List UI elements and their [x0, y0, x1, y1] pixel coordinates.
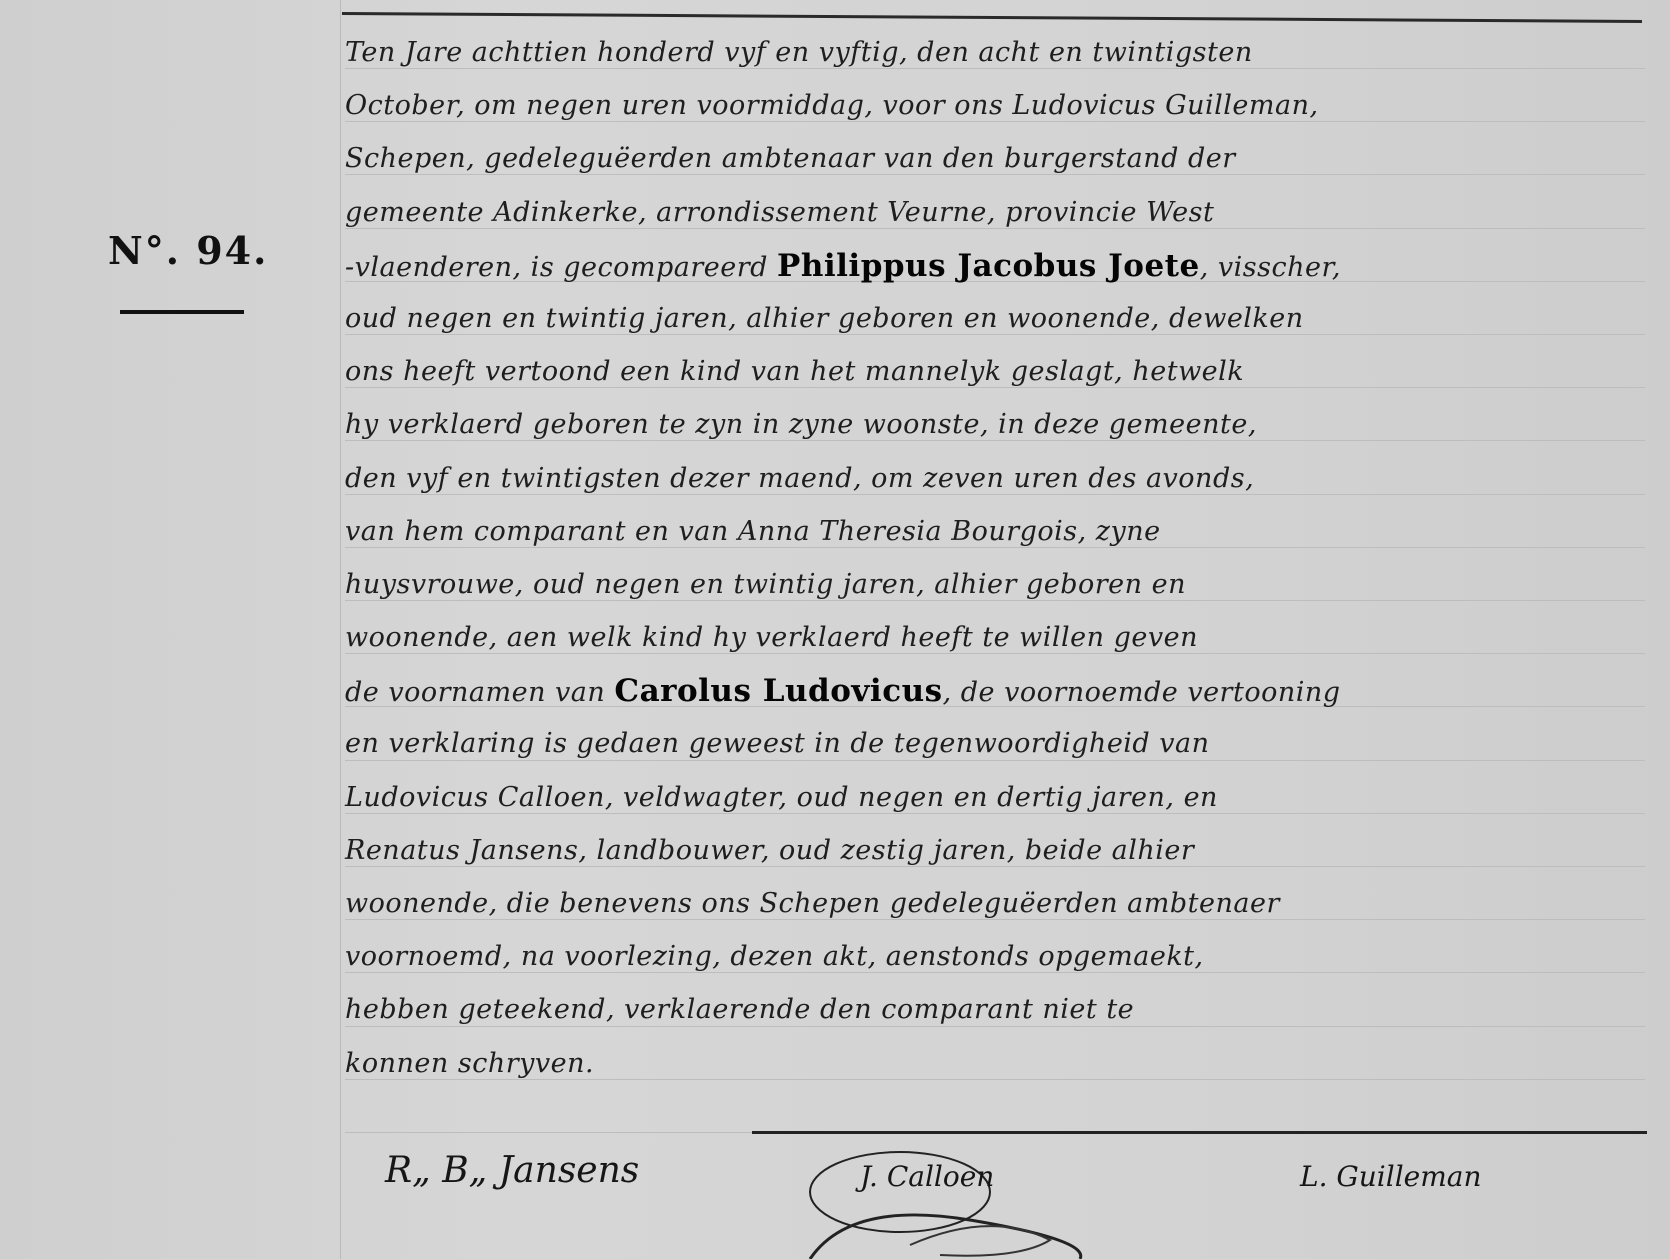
text-line: October, om negen uren voormiddag, voor … — [345, 75, 1645, 128]
record-body: Ten Jare achttien honderd vyf en vyftig,… — [345, 22, 1645, 1086]
text-line: hy verklaerd geboren te zyn in zyne woon… — [345, 394, 1645, 447]
text-line: Ludovicus Calloen, veldwagter, oud negen… — [345, 767, 1645, 820]
text-line: -vlaenderen, is gecompareerd Philippus J… — [345, 235, 1645, 288]
text-line: huysvrouwe, oud negen en twintig jaren, … — [345, 554, 1645, 607]
text-line: hebben geteekend, verklaerende den compa… — [345, 979, 1645, 1032]
closing-rule — [752, 1131, 1647, 1134]
text-line: gemeente Adinkerke, arrondissement Veurn… — [345, 182, 1645, 235]
signature-witness-jansens: R„ B„ Jansens — [385, 1150, 639, 1191]
text-line: den vyf en twintigsten dezer maend, om z… — [345, 448, 1645, 501]
signature-flourish — [790, 1140, 1210, 1259]
text-line: woonende, die benevens ons Schepen gedel… — [345, 873, 1645, 926]
text-line: Schepen, gedeleguëerden ambtenaar van de… — [345, 128, 1645, 181]
signature-witness-calloen: J. Calloen — [860, 1160, 994, 1193]
signature-officer-guilleman: L. Guilleman — [1300, 1160, 1482, 1193]
text-line: konnen schryven. — [345, 1033, 1645, 1086]
text-line: ons heeft vertoond een kind van het mann… — [345, 341, 1645, 394]
text-line: van hem comparant en van Anna Theresia B… — [345, 501, 1645, 554]
text-line: en verklaring is gedaen geweest in de te… — [345, 713, 1645, 766]
entry-number-underline — [120, 310, 244, 314]
text-line: Ten Jare achttien honderd vyf en vyftig,… — [345, 22, 1645, 75]
text-line: woonende, aen welk kind hy verklaerd hee… — [345, 607, 1645, 660]
margin-line — [340, 0, 341, 1259]
entry-number: N°. 94. — [108, 228, 268, 273]
document-page: N°. 94. Ten Jare achttien honderd vyf en… — [0, 0, 1670, 1259]
text-line: de voornamen van Carolus Ludovicus, de v… — [345, 660, 1645, 713]
text-line: voornoemd, na voorlezing, dezen akt, aen… — [345, 926, 1645, 979]
father-name: Philippus Jacobus Joete — [777, 248, 1200, 284]
text-line: oud negen en twintig jaren, alhier gebor… — [345, 288, 1645, 341]
child-name: Carolus Ludovicus — [614, 673, 942, 709]
text-line: Renatus Jansens, landbouwer, oud zestig … — [345, 820, 1645, 873]
